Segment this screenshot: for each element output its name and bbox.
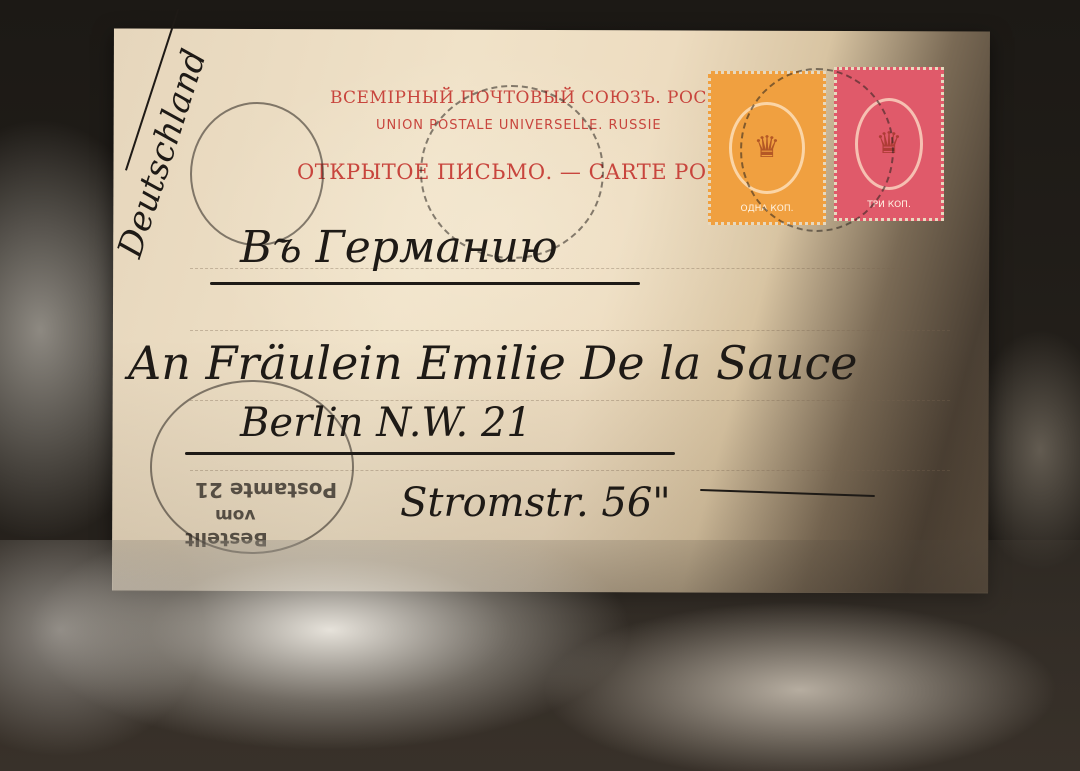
postmark-stamps	[740, 68, 894, 232]
underline	[185, 452, 675, 455]
handwriting-country: Въ Германию	[240, 222, 558, 273]
handwriting-city: Berlin N.W. 21	[240, 400, 532, 446]
handwriting-street: Stromstr. 56"	[400, 480, 671, 526]
lace-fabric	[0, 540, 1080, 771]
handwriting-recipient: An Fräulein Emilie De la Sauce	[128, 336, 858, 390]
postmark-text: vom	[215, 505, 255, 525]
address-rule	[190, 330, 950, 331]
underline	[210, 282, 640, 285]
postmark-text: Postamte 21	[195, 478, 337, 502]
